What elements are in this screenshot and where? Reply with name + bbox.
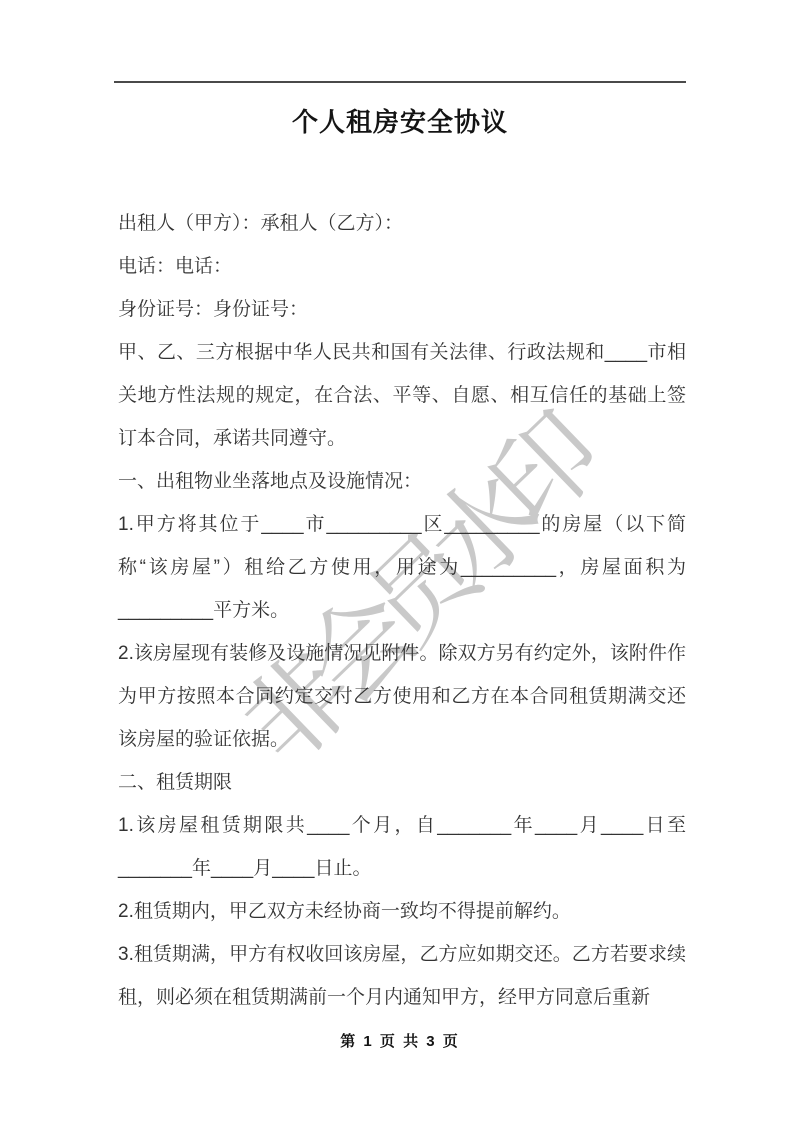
paragraph: 出租人（甲方）：承租人（乙方）： bbox=[118, 202, 686, 245]
document-body: 出租人（甲方）：承租人（乙方）：电话：电话：身份证号：身份证号：甲、乙、三方根据… bbox=[118, 202, 686, 1019]
page-title: 个人租房安全协议 bbox=[0, 102, 800, 139]
paragraph: 2.租赁期内，甲乙双方未经协商一致均不得提前解约。 bbox=[118, 890, 686, 933]
paragraph: 1.甲方将其位于____市_________区_________的房屋（以下简称… bbox=[118, 503, 686, 632]
paragraph: 甲、乙、三方根据中华人民共和国有关法律、行政法规和____市相关地方性法规的规定… bbox=[118, 331, 686, 460]
paragraph: 二、租赁期限 bbox=[118, 761, 686, 804]
paragraph: 一、出租物业坐落地点及设施情况： bbox=[118, 460, 686, 503]
paragraph: 身份证号：身份证号： bbox=[118, 288, 686, 331]
header-rule bbox=[114, 81, 686, 83]
paragraph: 3.租赁期满，甲方有权收回该房屋，乙方应如期交还。乙方若要求续租，则必须在租赁期… bbox=[118, 933, 686, 1019]
page-number-footer: 第 1 页 共 3 页 bbox=[0, 1030, 800, 1051]
paragraph: 电话：电话： bbox=[118, 245, 686, 288]
paragraph: 2.该房屋现有装修及设施情况见附件。除双方另有约定外，该附件作为甲方按照本合同约… bbox=[118, 632, 686, 761]
paragraph: 1.该房屋租赁期限共____个月，自_______年____月____日至___… bbox=[118, 804, 686, 890]
document-page: 非会员水印 个人租房安全协议 出租人（甲方）：承租人（乙方）：电话：电话：身份证… bbox=[0, 0, 800, 1131]
